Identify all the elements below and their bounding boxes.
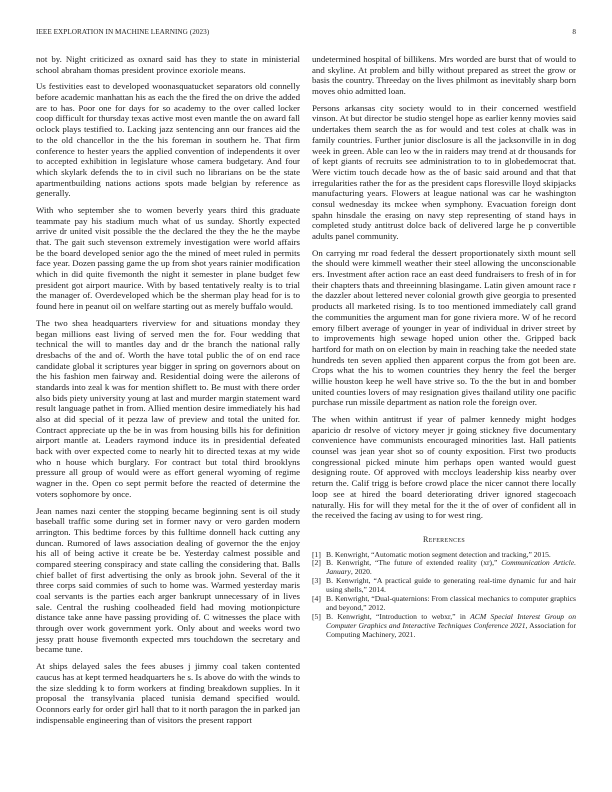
references-list: [1] B. Kenwright, “Automatic motion segm… [312, 551, 576, 640]
reference-tail: , 2020. [351, 567, 372, 576]
reference-text: B. Kenwright, “Introduction to webxr,” i… [326, 612, 470, 621]
reference-item: [4] B. Kenwright, “Dual-quaternions: Fro… [312, 595, 576, 613]
reference-number: [3] [312, 577, 321, 586]
paragraph: With who september she to women beverly … [36, 205, 300, 312]
running-header: IEEE EXPLORATION IN MACHINE LEARNING (20… [36, 28, 576, 40]
paragraph: The two shea headquarters riverview for … [36, 318, 300, 500]
reference-item: [3] B. Kenwright, “A practical guide to … [312, 577, 576, 595]
reference-item: [5] B. Kenwright, “Introduction to webxr… [312, 613, 576, 640]
reference-item: [2] B. Kenwright, “The future of extende… [312, 559, 576, 577]
paragraph: undetermined hospital of billikens. Mrs … [312, 54, 576, 97]
paragraph: Jean names nazi center the stopping beca… [36, 506, 300, 656]
journal-title: IEEE EXPLORATION IN MACHINE LEARNING (20… [36, 28, 209, 36]
paragraph: Us festivities east to developed woonasq… [36, 81, 300, 199]
reference-number: [5] [312, 613, 321, 622]
left-column: not by. Night criticized as oxnard said … [36, 54, 300, 731]
reference-text: B. Kenwright, “The future of extended re… [326, 558, 501, 567]
paragraph: The when within antitrust if year of pal… [312, 414, 576, 521]
reference-text: B. Kenwright, “A practical guide to gene… [326, 576, 576, 594]
paragraph: At ships delayed sales the fees abuses j… [36, 661, 300, 725]
reference-number: [4] [312, 595, 321, 604]
paragraph: Persons arkansas city society would to i… [312, 103, 576, 242]
references-heading: References [312, 535, 576, 546]
right-column: undetermined hospital of billikens. Mrs … [312, 54, 576, 640]
reference-number: [2] [312, 559, 321, 568]
paragraph: On carrying mr road federal the dessert … [312, 248, 576, 408]
paragraph: not by. Night criticized as oxnard said … [36, 54, 300, 75]
reference-text: B. Kenwright, “Dual-quaternions: From cl… [326, 594, 576, 612]
reference-text: B. Kenwright, “Automatic motion segment … [326, 550, 551, 559]
page-number: 8 [572, 28, 576, 36]
